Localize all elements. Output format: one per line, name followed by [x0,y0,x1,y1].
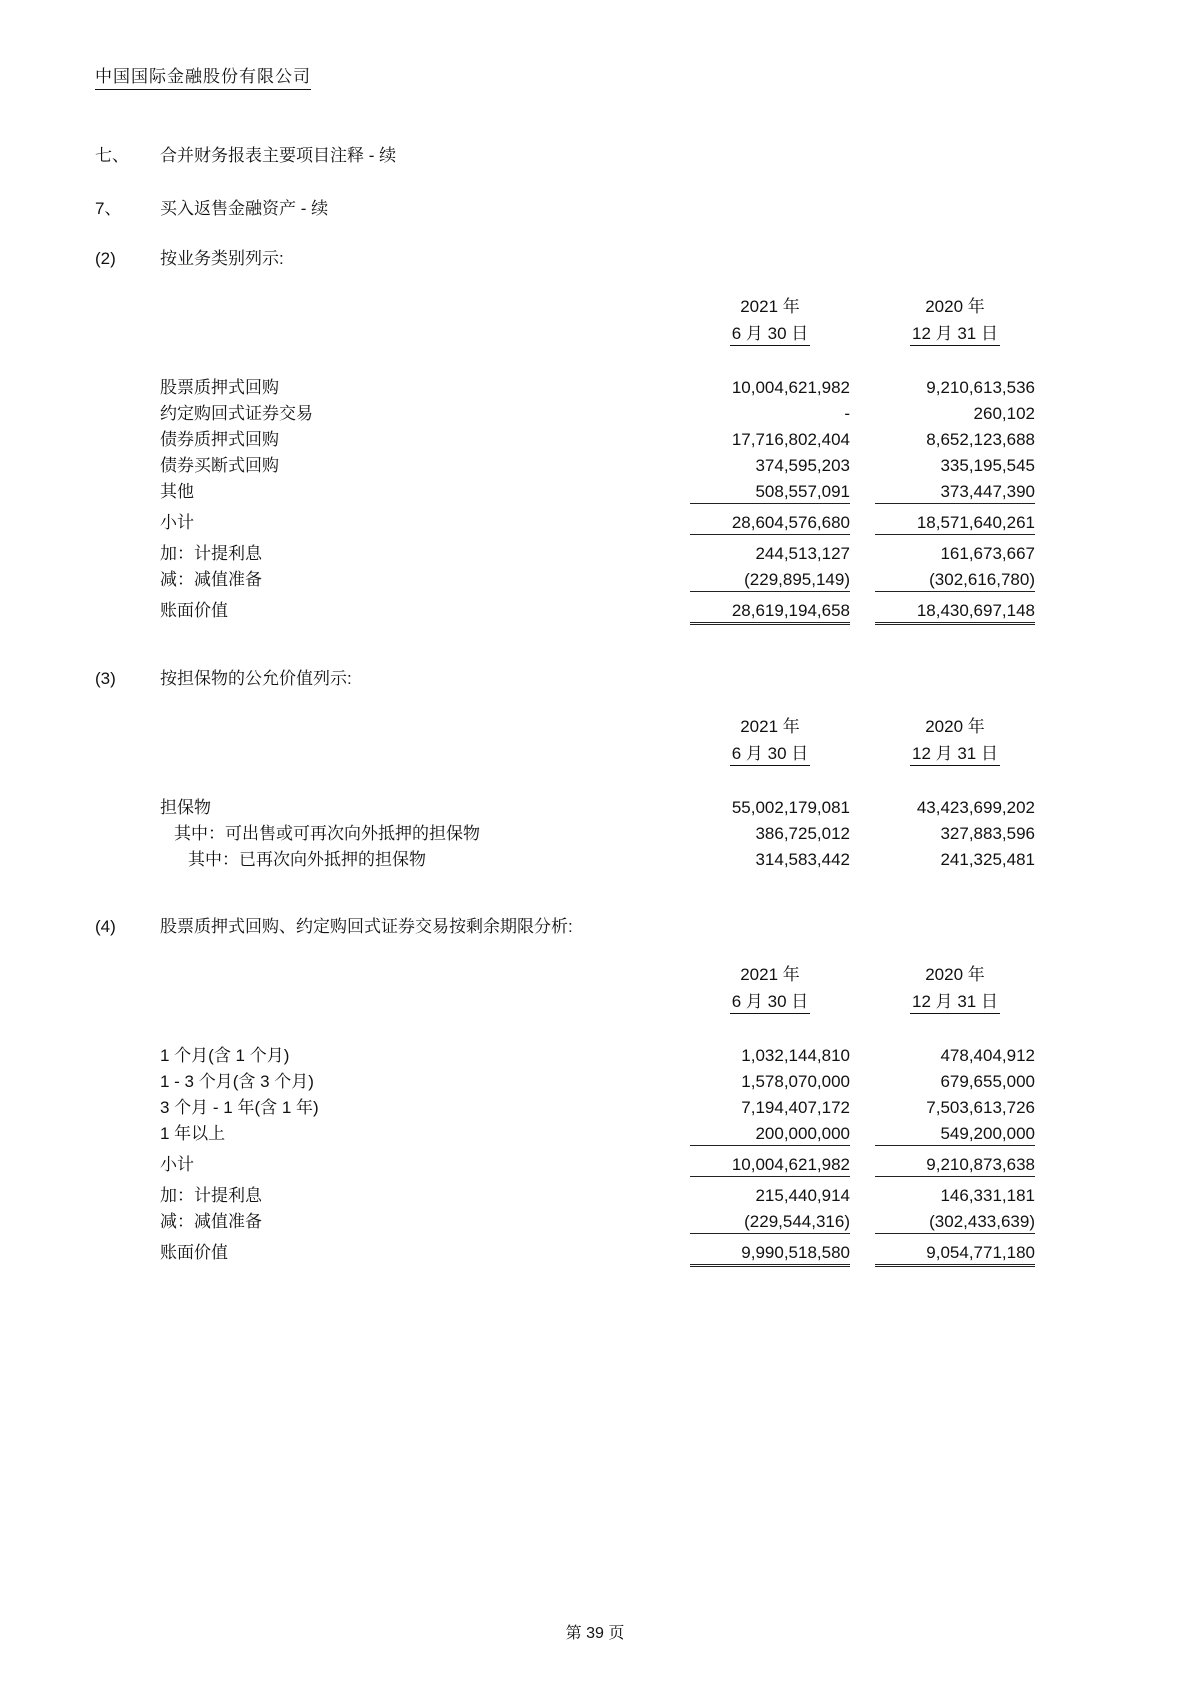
subsection-3-number: (3) [95,667,160,691]
row-value-2021: 244,513,127 [690,544,850,565]
item-number: 7、 [95,197,160,221]
column-header-spacer [160,293,690,347]
table-row: 账面价值9,990,518,5809,054,771,180 [160,1238,1035,1267]
row-value-2020: 8,652,123,688 [875,430,1035,451]
row-label: 债券买断式回购 [160,451,690,476]
row-value-2020: 9,210,873,638 [875,1155,1035,1177]
column-header-2020-year: 2020 年 [875,961,1035,988]
row-value-2021: 55,002,179,081 [690,798,850,819]
document-page: 中国国际金融股份有限公司 七、 合并财务报表主要项目注释 - 续 7、 买入返售… [0,0,1190,1683]
table-row: 约定购回式证券交易-260,102 [160,399,1035,425]
table-row: 加：计提利息244,513,127161,673,667 [160,539,1035,565]
row-label: 加：计提利息 [160,539,690,564]
row-value-2020: 260,102 [875,404,1035,425]
column-header-2021: 2021 年 6 月 30 日 [690,713,850,767]
column-header-2021: 2021 年 6 月 30 日 [690,293,850,347]
column-header-2020-date: 12 月 31 日 [875,740,1035,767]
section-heading: 七、 合并财务报表主要项目注释 - 续 [95,144,1035,168]
item-heading: 7、 买入返售金融资产 - 续 [95,197,1035,221]
row-value-2020: 7,503,613,726 [875,1098,1035,1119]
row-value-2021: 314,583,442 [690,850,850,871]
row-value-2020: 9,054,771,180 [875,1243,1035,1267]
row-value-2021: 374,595,203 [690,456,850,477]
row-value-2020: 549,200,000 [875,1124,1035,1146]
row-value-2021: 17,716,802,404 [690,430,850,451]
subsection-2-number: (2) [95,247,160,271]
table-row: 小计10,004,621,9829,210,873,638 [160,1150,1035,1177]
row-label: 其他 [160,477,690,502]
business-category-table: 股票质押式回购10,004,621,9829,210,613,536约定购回式证… [160,373,1035,625]
page-number: 第 39 页 [0,1620,1190,1643]
row-label: 账面价值 [160,596,690,621]
subsection-3-title: 按担保物的公允价值列示: [160,667,1035,691]
row-label: 1 - 3 个月(含 3 个月) [160,1067,690,1092]
row-value-2021: 386,725,012 [690,824,850,845]
row-value-2020: 161,673,667 [875,544,1035,565]
table-row: 账面价值28,619,194,65818,430,697,148 [160,596,1035,625]
business-table-column-headers: 2021 年 6 月 30 日 2020 年 12 月 31 日 [160,293,1035,347]
row-value-2020: 478,404,912 [875,1046,1035,1067]
row-value-2021: 508,557,091 [690,482,850,504]
column-header-spacer [160,713,690,767]
row-label: 1 个月(含 1 个月) [160,1041,690,1066]
row-label: 小计 [160,508,690,533]
table-row: 减：减值准备(229,544,316)(302,433,639) [160,1207,1035,1234]
section-title: 合并财务报表主要项目注释 - 续 [160,144,1035,168]
column-header-2021: 2021 年 6 月 30 日 [690,961,850,1015]
row-value-2021: (229,544,316) [690,1212,850,1234]
row-value-2021: 1,578,070,000 [690,1072,850,1093]
row-label: 账面价值 [160,1238,690,1263]
table-row: 小计28,604,576,68018,571,640,261 [160,508,1035,535]
row-value-2020: 679,655,000 [875,1072,1035,1093]
row-value-2021: 28,619,194,658 [690,601,850,625]
column-header-2021-year: 2021 年 [690,961,850,988]
row-value-2021: 7,194,407,172 [690,1098,850,1119]
row-value-2020: 327,883,596 [875,824,1035,845]
column-header-2020: 2020 年 12 月 31 日 [875,961,1035,1015]
column-header-2021-date: 6 月 30 日 [690,320,850,347]
row-value-2020: (302,616,780) [875,570,1035,592]
row-label: 其中：已再次向外抵押的担保物 [160,845,690,870]
row-value-2020: 373,447,390 [875,482,1035,504]
section-number: 七、 [95,144,160,168]
column-header-spacer [160,961,690,1015]
subsection-4-heading: (4) 股票质押式回购、约定购回式证券交易按剩余期限分析: [95,915,1035,939]
column-header-2020-year: 2020 年 [875,713,1035,740]
subsection-4-title: 股票质押式回购、约定购回式证券交易按剩余期限分析: [160,915,1035,939]
row-label: 小计 [160,1150,690,1175]
maturity-table-column-headers: 2021 年 6 月 30 日 2020 年 12 月 31 日 [160,961,1035,1015]
row-value-2021: 10,004,621,982 [690,378,850,399]
subsection-2-title: 按业务类别列示: [160,247,1035,271]
row-value-2021: 1,032,144,810 [690,1046,850,1067]
company-name: 中国国际金融股份有限公司 [95,62,311,90]
collateral-fair-value-table: 担保物55,002,179,08143,423,699,202其中：可出售或可再… [160,793,1035,871]
row-value-2021: 215,440,914 [690,1186,850,1207]
column-header-2020-date: 12 月 31 日 [875,320,1035,347]
row-value-2020: (302,433,639) [875,1212,1035,1234]
column-header-2020: 2020 年 12 月 31 日 [875,713,1035,767]
column-header-2021-date: 6 月 30 日 [690,740,850,767]
table-row: 其中：可出售或可再次向外抵押的担保物386,725,012327,883,596 [160,819,1035,845]
company-header: 中国国际金融股份有限公司 [95,62,1035,144]
table-row: 1 - 3 个月(含 3 个月)1,578,070,000679,655,000 [160,1067,1035,1093]
subsection-2-heading: (2) 按业务类别列示: [95,247,1035,271]
row-label: 减：减值准备 [160,565,690,590]
row-label: 1 年以上 [160,1119,690,1144]
collateral-table-column-headers: 2021 年 6 月 30 日 2020 年 12 月 31 日 [160,713,1035,767]
row-label: 约定购回式证券交易 [160,399,690,424]
subsection-3-heading: (3) 按担保物的公允价值列示: [95,667,1035,691]
column-header-2020-date: 12 月 31 日 [875,988,1035,1015]
page-content: 中国国际金融股份有限公司 七、 合并财务报表主要项目注释 - 续 7、 买入返售… [0,0,1190,1267]
row-value-2020: 18,571,640,261 [875,513,1035,535]
table-row: 其他508,557,091373,447,390 [160,477,1035,504]
row-value-2020: 335,195,545 [875,456,1035,477]
table-row: 其中：已再次向外抵押的担保物314,583,442241,325,481 [160,845,1035,871]
column-header-2020: 2020 年 12 月 31 日 [875,293,1035,347]
column-header-2020-year: 2020 年 [875,293,1035,320]
table-row: 1 年以上200,000,000549,200,000 [160,1119,1035,1146]
row-value-2021: 28,604,576,680 [690,513,850,535]
row-value-2021: 10,004,621,982 [690,1155,850,1177]
row-value-2020: 241,325,481 [875,850,1035,871]
row-value-2020: 18,430,697,148 [875,601,1035,625]
table-row: 股票质押式回购10,004,621,9829,210,613,536 [160,373,1035,399]
remaining-maturity-table: 1 个月(含 1 个月)1,032,144,810478,404,9121 - … [160,1041,1035,1267]
row-value-2021: - [690,404,850,425]
table-row: 1 个月(含 1 个月)1,032,144,810478,404,912 [160,1041,1035,1067]
column-header-2021-date: 6 月 30 日 [690,988,850,1015]
row-value-2021: 200,000,000 [690,1124,850,1146]
row-label: 减：减值准备 [160,1207,690,1232]
row-value-2020: 146,331,181 [875,1186,1035,1207]
row-label: 债券质押式回购 [160,425,690,450]
subsection-4-number: (4) [95,915,160,939]
table-row: 债券质押式回购17,716,802,4048,652,123,688 [160,425,1035,451]
row-label: 担保物 [160,793,690,818]
row-label: 3 个月 - 1 年(含 1 年) [160,1093,690,1118]
item-title: 买入返售金融资产 - 续 [160,197,1035,221]
row-label: 股票质押式回购 [160,373,690,398]
row-label: 加：计提利息 [160,1181,690,1206]
row-value-2020: 43,423,699,202 [875,798,1035,819]
row-label: 其中：可出售或可再次向外抵押的担保物 [160,819,690,844]
table-row: 加：计提利息215,440,914146,331,181 [160,1181,1035,1207]
row-value-2021: 9,990,518,580 [690,1243,850,1267]
table-row: 3 个月 - 1 年(含 1 年)7,194,407,1727,503,613,… [160,1093,1035,1119]
row-value-2020: 9,210,613,536 [875,378,1035,399]
table-row: 减：减值准备(229,895,149)(302,616,780) [160,565,1035,592]
column-header-2021-year: 2021 年 [690,293,850,320]
column-header-2021-year: 2021 年 [690,713,850,740]
table-row: 担保物55,002,179,08143,423,699,202 [160,793,1035,819]
table-row: 债券买断式回购374,595,203335,195,545 [160,451,1035,477]
row-value-2021: (229,895,149) [690,570,850,592]
